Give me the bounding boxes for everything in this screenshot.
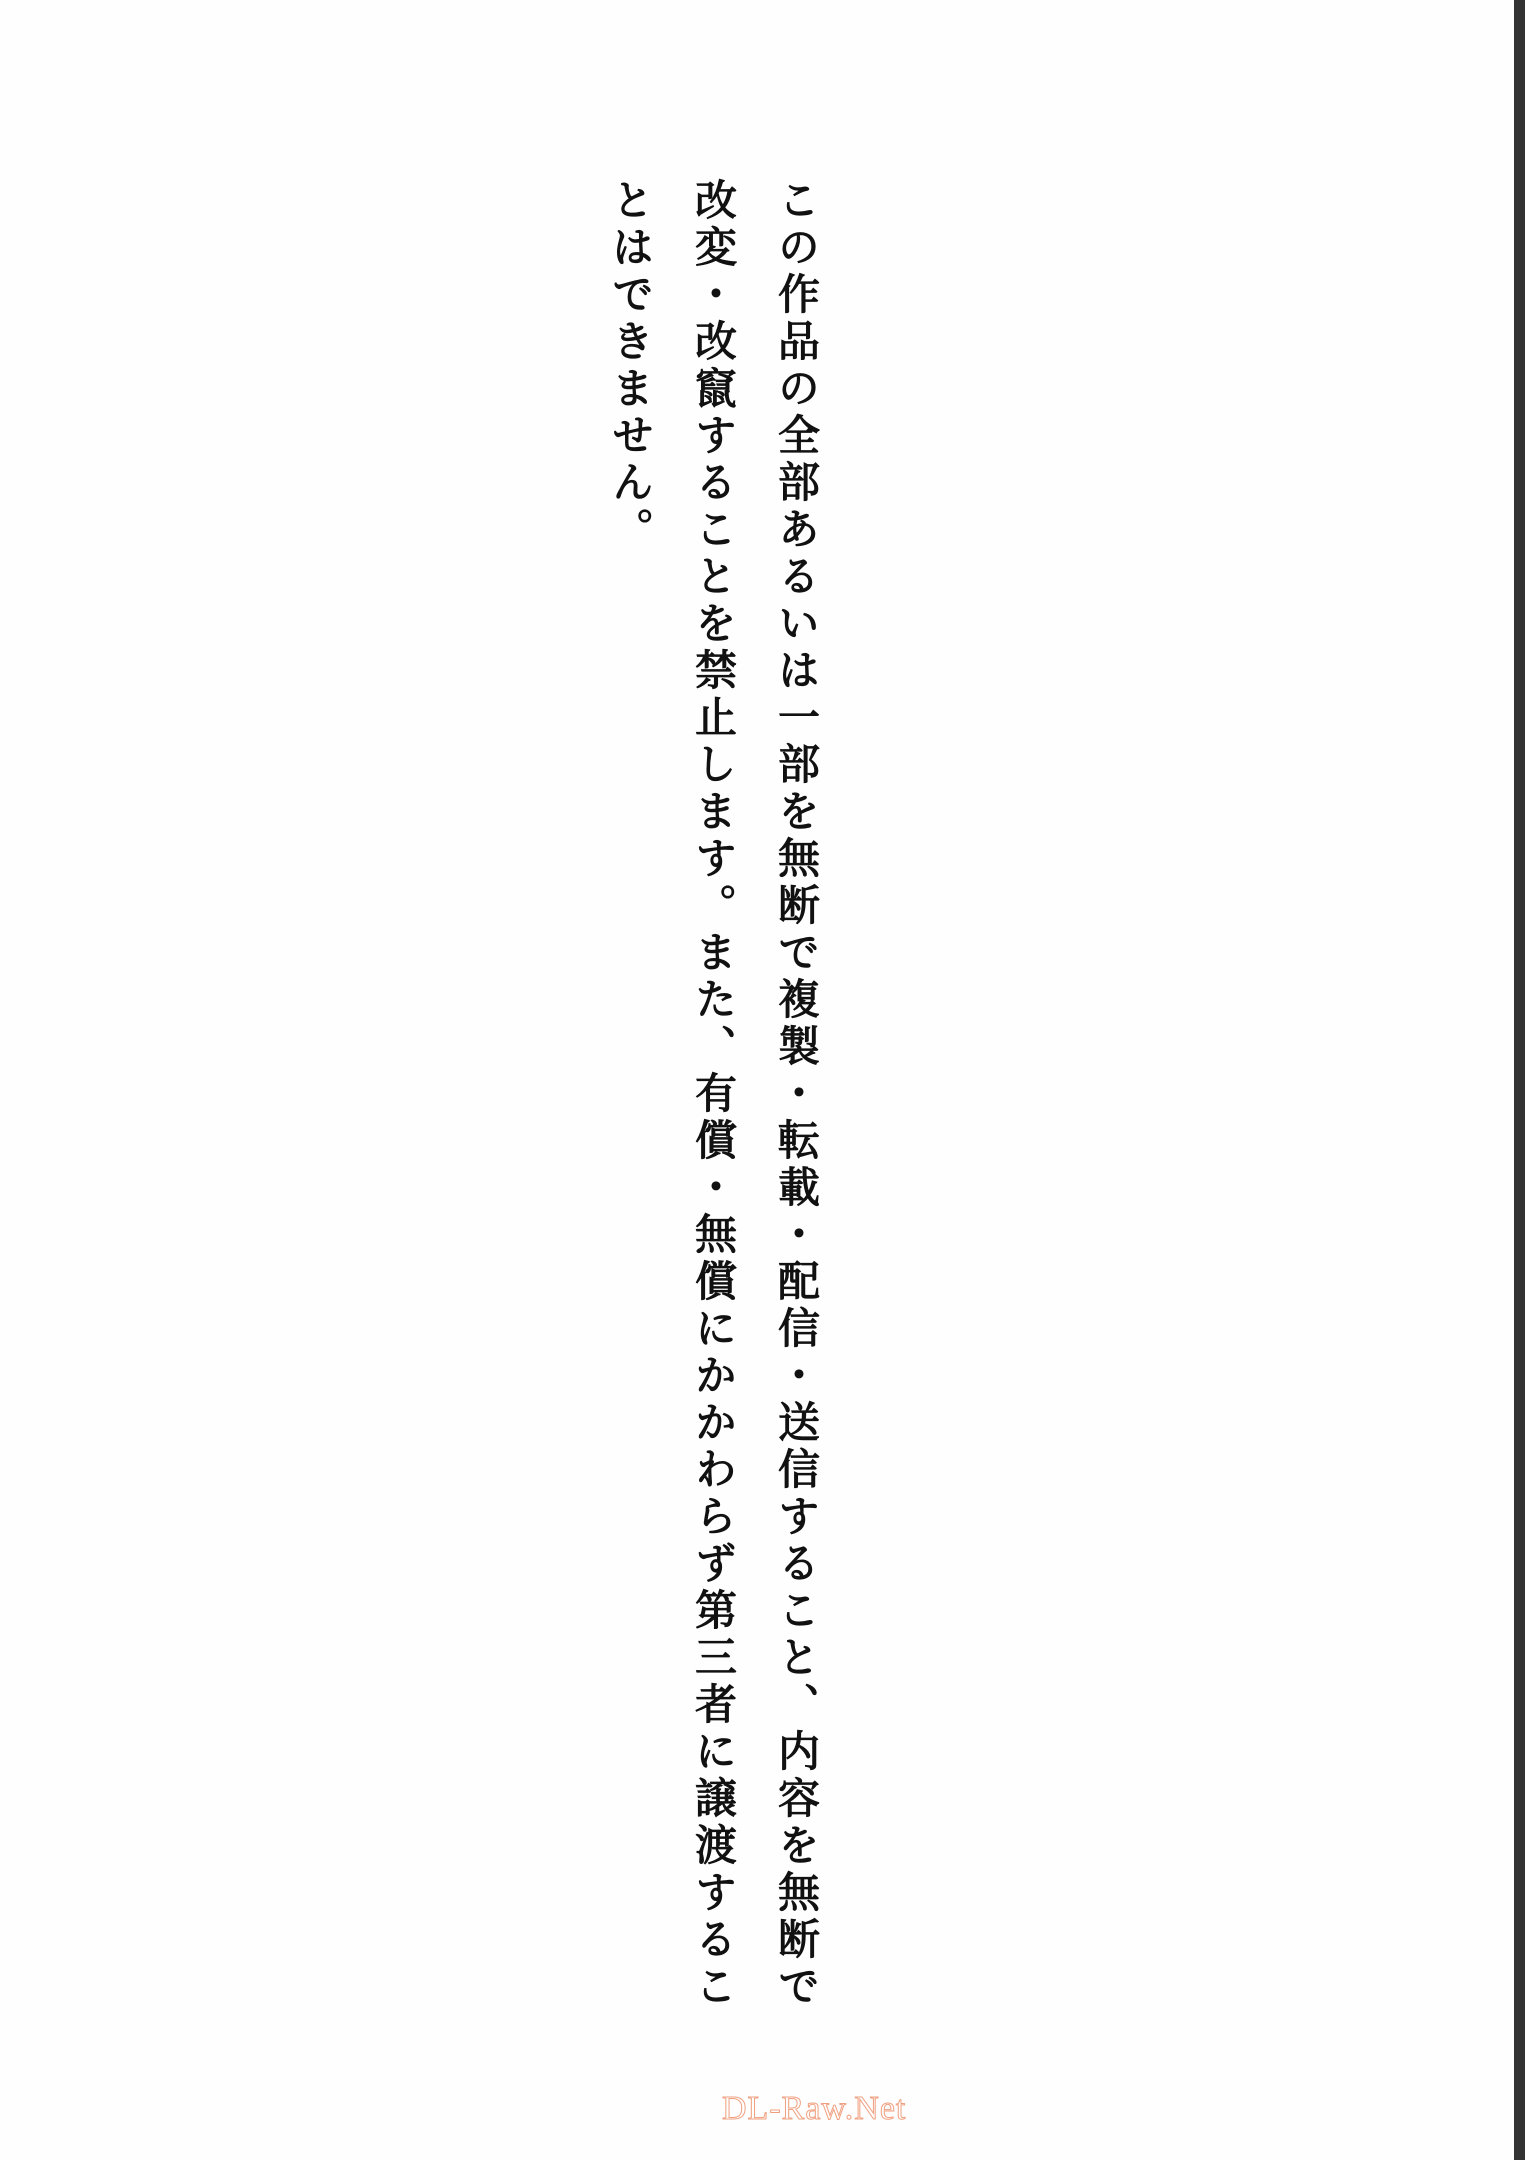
page: この作品の全部あるいは一部を無断で複製・転載・配信・送信すること、内容を無断で … — [0, 0, 1514, 2160]
copyright-notice: この作品の全部あるいは一部を無断で複製・転載・配信・送信すること、内容を無断で … — [589, 178, 838, 2028]
notice-line-3: とはできません。 — [589, 178, 672, 2028]
page-edge-bar — [1514, 0, 1525, 2160]
notice-line-1: この作品の全部あるいは一部を無断で複製・転載・配信・送信すること、内容を無断で — [755, 178, 838, 2028]
notice-line-2: 改変・改竄することを禁止します。また、有償・無償にかかわらず第三者に譲渡するこ — [672, 178, 755, 2028]
watermark: DL-Raw.Net — [722, 2090, 906, 2128]
